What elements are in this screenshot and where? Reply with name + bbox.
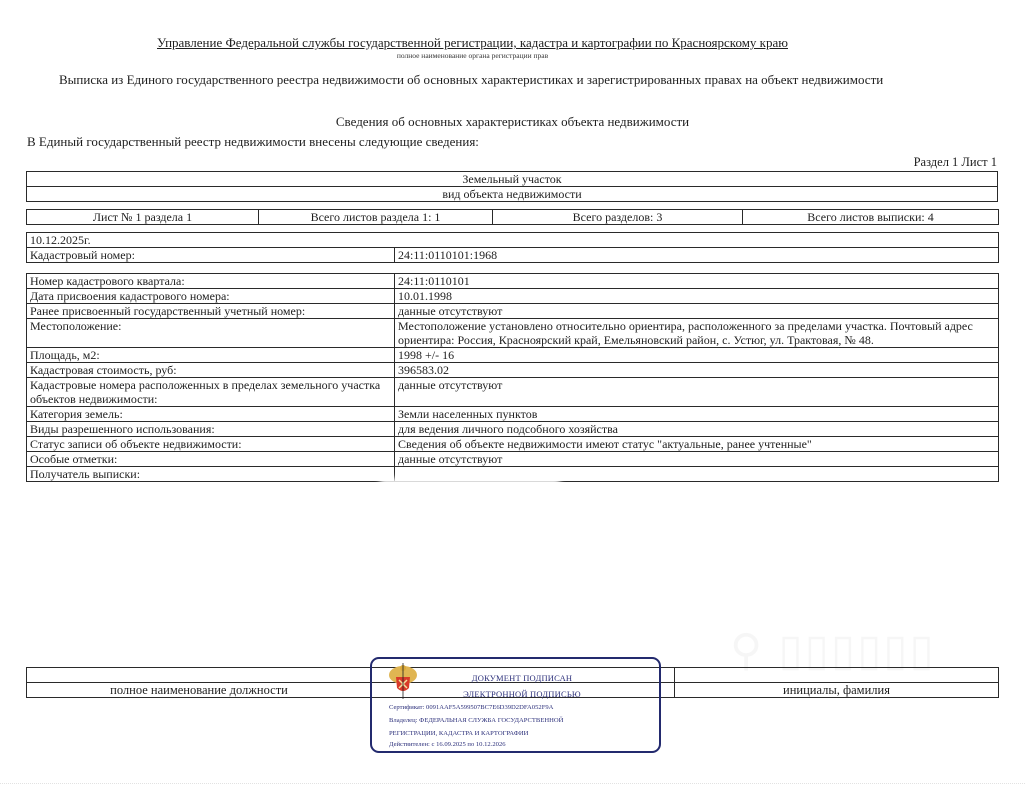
eagle-emblem-icon xyxy=(386,663,420,699)
property-label: Площадь, м2: xyxy=(27,348,395,363)
table-row: Статус записи об объекте недвижимости:Св… xyxy=(27,437,999,452)
table-row: Категория земель:Земли населенных пункто… xyxy=(27,407,999,422)
property-value: данные отсутствуют xyxy=(395,378,999,407)
property-label: Местоположение: xyxy=(27,319,395,348)
redaction-patch xyxy=(380,478,560,500)
property-label: Особые отметки: xyxy=(27,452,395,467)
property-value: 1998 +/- 16 xyxy=(395,348,999,363)
property-value: Местоположение установлено относительно … xyxy=(395,319,999,348)
property-label: Виды разрешенного использования: xyxy=(27,422,395,437)
extract-date: 10.12.2025г. xyxy=(27,233,999,248)
table-row: Виды разрешенного использования:для веде… xyxy=(27,422,999,437)
sheet-number: Лист № 1 раздела 1 xyxy=(27,210,259,225)
property-value: для ведения личного подсобного хозяйства xyxy=(395,422,999,437)
electronic-signature-stamp: ДОКУМЕНТ ПОДПИСАН ЭЛЕКТРОННОЙ ПОДПИСЬЮ С… xyxy=(370,657,661,753)
property-label: Статус записи об объекте недвижимости: xyxy=(27,437,395,452)
stamp-certificate: Сертификат: 0091AAF5A599507BC7E6D39D2DFA… xyxy=(389,704,553,711)
property-label: Получатель выписки: xyxy=(27,467,395,482)
document-title: Выписка из Единого государственного реес… xyxy=(59,72,883,88)
property-label: Категория земель: xyxy=(27,407,395,422)
property-value: Сведения об объекте недвижимости имеют с… xyxy=(395,437,999,452)
section-sheet-label: Раздел 1 Лист 1 xyxy=(914,155,997,170)
table-row: Ранее присвоенный государственный учетны… xyxy=(27,304,999,319)
extract-sheets-total: Всего листов выписки: 4 xyxy=(743,210,999,225)
property-label: Номер кадастрового квартала: xyxy=(27,274,395,289)
stamp-owner-line1: Владелец: ФЕДЕРАЛЬНАЯ СЛУЖБА ГОСУДАРСТВЕ… xyxy=(389,717,563,724)
property-value: Земли населенных пунктов xyxy=(395,407,999,422)
table-row: Кадастровая стоимость, руб:396583.02 xyxy=(27,363,999,378)
object-type-caption: вид объекта недвижимости xyxy=(27,187,998,202)
table-row: Площадь, м2:1998 +/- 16 xyxy=(27,348,999,363)
table-row: Номер кадастрового квартала:24:11:011010… xyxy=(27,274,999,289)
name-caption: инициалы, фамилия xyxy=(675,683,999,698)
property-label: Кадастровая стоимость, руб: xyxy=(27,363,395,378)
property-value: 24:11:0110101 xyxy=(395,274,999,289)
table-row: Дата присвоения кадастрового номера:10.0… xyxy=(27,289,999,304)
table-row: Кадастровые номера расположенных в преде… xyxy=(27,378,999,407)
section-title: Сведения об основных характеристиках объ… xyxy=(0,114,1025,130)
cadastral-number-label: Кадастровый номер: xyxy=(27,248,395,263)
position-caption: полное наименование должности xyxy=(27,683,372,698)
stamp-validity: Действителен: с 16.09.2025 по 10.12.2026 xyxy=(389,741,506,748)
stamp-title-line2: ЭЛЕКТРОННОЙ ПОДПИСЬЮ xyxy=(432,689,612,699)
property-label: Ранее присвоенный государственный учетны… xyxy=(27,304,395,319)
table-row: Особые отметки:данные отсутствуют xyxy=(27,452,999,467)
registration-authority-name: Управление Федеральной службы государств… xyxy=(0,35,945,51)
object-type-table: Земельный участок вид объекта недвижимос… xyxy=(26,171,998,202)
property-value: 10.01.1998 xyxy=(395,289,999,304)
object-type: Земельный участок xyxy=(27,172,998,187)
cadastral-number-value: 24:11:0110101:1968 xyxy=(395,248,999,263)
page-bottom-edge xyxy=(0,783,1025,785)
stamp-owner-line2: РЕГИСТРАЦИИ, КАДАСТРА И КАРТОГРАФИИ xyxy=(389,730,528,737)
table-row: Местоположение:Местоположение установлен… xyxy=(27,319,999,348)
section-sheets-total: Всего листов раздела 1: 1 xyxy=(259,210,493,225)
property-label: Дата присвоения кадастрового номера: xyxy=(27,289,395,304)
property-value: 396583.02 xyxy=(395,363,999,378)
sheet-info-table: Лист № 1 раздела 1 Всего листов раздела … xyxy=(26,209,999,225)
stamp-title-line1: ДОКУМЕНТ ПОДПИСАН xyxy=(432,673,612,683)
sections-total: Всего разделов: 3 xyxy=(493,210,743,225)
intro-text: В Единый государственный реестр недвижим… xyxy=(27,134,479,150)
registration-authority-caption: полное наименование органа регистрации п… xyxy=(0,51,945,60)
property-value: данные отсутствуют xyxy=(395,452,999,467)
property-label: Кадастровые номера расположенных в преде… xyxy=(27,378,395,407)
property-value: данные отсутствуют xyxy=(395,304,999,319)
properties-table: Номер кадастрового квартала:24:11:011010… xyxy=(26,273,999,482)
date-cadastral-table: 10.12.2025г. Кадастровый номер: 24:11:01… xyxy=(26,232,999,263)
